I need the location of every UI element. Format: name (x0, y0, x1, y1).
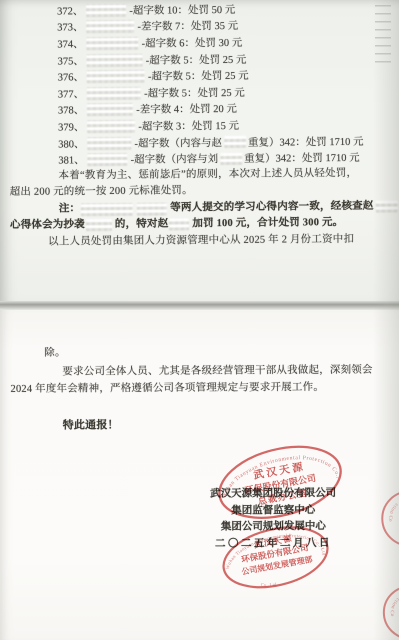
paragraph-principle-line2: 超出 200 元的统一按 200 元标准处罚。 (10, 183, 193, 201)
company-seal-bottom: Wuhan Tianyuan Environmental Protection … (216, 524, 336, 591)
list-item-text: -超字数 5：处罚 25 元 (148, 68, 249, 84)
list-item-text: -超字数 5：处罚 25 元 (146, 51, 247, 67)
edge-page-marks (375, 5, 391, 63)
penalty-list: 372、-超字数 10：处罚 50 元373、-差字数 7：处罚 35 元374… (57, 0, 364, 168)
list-item-number: 380、 (58, 136, 84, 151)
list-item-number: 378、 (58, 103, 84, 118)
redacted-name (87, 120, 135, 133)
redacted-name (87, 136, 131, 149)
list-item-text: -超字数（内容与赵 (134, 135, 222, 151)
list-item-number: 375、 (57, 53, 83, 68)
notice-page-2: 除。 要求公司全体人员、尤其是各级经营管理干部从我做起，深刻领会 2024 年度… (0, 310, 399, 640)
list-item-number: 376、 (58, 69, 84, 84)
company-seal-top: Wuhan Tianyuan Environmental Protection … (207, 441, 353, 524)
redacted-name (87, 37, 139, 50)
list-item-text: 重复）342：处罚 1710 元 (244, 150, 360, 166)
note-label: 注： (59, 201, 81, 217)
redacted-name (87, 53, 143, 66)
notice-page-1: 372、-超字数 10：处罚 50 元373、-差字数 7：处罚 35 元374… (0, 0, 399, 301)
redacted-name (87, 103, 133, 116)
redacted-name (220, 153, 242, 165)
note-text: 加罚 100 元，合计处罚 300 元。 (192, 215, 343, 232)
list-item-text: -超字数 5：处罚 25 元 (144, 85, 245, 101)
note-text: 等两人提交的学习心得内容一致，经核查赵 (170, 199, 373, 217)
paragraph-deduction: 以上人员处罚由集团人力资源管理中心从 2025 年 2 月份工资中扣 (48, 232, 354, 251)
list-item-text: 重复）342：处罚 1710 元 (248, 133, 364, 149)
redacted-name (224, 136, 246, 148)
note-line-2: 心得体会为抄袭的，特对赵加罚 100 元，合计处罚 300 元。 (10, 215, 344, 234)
list-item-text: -差字数 4：处罚 20 元 (136, 101, 237, 117)
seal-rim-bottom-text: Co., Ltd. (260, 583, 277, 589)
redacted-name (81, 202, 133, 215)
closing-statement: 特此通报！ (63, 417, 119, 433)
list-item-number: 372、 (57, 3, 83, 18)
page2-content: 除。 要求公司全体人员、尤其是各级经营管理干部从我做起，深刻领会 2024 年度… (0, 308, 399, 640)
list-item-text: -超字数 10：处罚 50 元 (129, 2, 235, 18)
paragraph-requirement-line1: 要求公司全体人员、尤其是各级经营管理干部从我做起，深刻领会 (62, 363, 372, 381)
redacted-name (87, 70, 145, 84)
note-text: 心得体会为抄袭 (10, 217, 85, 234)
redacted-name (86, 4, 126, 17)
paragraph-principle-line1: 本着“教育为主、惩前毖后”的原则，本次对上述人员从轻处罚， (58, 166, 357, 185)
edge-seal-partial-upper: ction Co (370, 490, 399, 552)
seal-rim-text: ction Co (387, 502, 398, 523)
list-item-text: -超字数 3：处罚 15 元 (138, 118, 239, 134)
redacted-name (169, 218, 189, 230)
list-item-number: 379、 (58, 119, 84, 134)
redacted-name (86, 219, 112, 231)
paragraph-requirement-line2: 2024 年度年会精神，严格遵循公司各项管理规定与要求开展工作。 (10, 380, 324, 398)
list-item-number: 377、 (58, 86, 84, 101)
list-item-text: -超字数 6：处罚 30 元 (142, 35, 243, 51)
list-item-number: 373、 (57, 20, 83, 35)
list-item-number: 381、 (58, 152, 84, 167)
redacted-name (137, 202, 167, 215)
list-item-text: -超字数（内容与刘 (131, 151, 219, 167)
list-item-number: 374、 (57, 36, 83, 51)
note-text: 的，特对赵 (115, 217, 169, 233)
redacted-name (87, 87, 141, 100)
note-line-1: 注：等两人提交的学习心得内容一致，经核查赵 (59, 199, 399, 218)
page1-content: 372、-超字数 10：处罚 50 元373、-差字数 7：处罚 35 元374… (0, 0, 399, 301)
edge-seal-partial-lower: ction Co (373, 584, 399, 640)
continuation-text: 除。 (44, 346, 66, 362)
list-item-text: -差字数 7：处罚 35 元 (137, 18, 238, 34)
redacted-name (375, 201, 397, 213)
document-photo: 372、-超字数 10：处罚 50 元373、-差字数 7：处罚 35 元374… (0, 0, 399, 640)
redacted-name (88, 153, 128, 166)
seal-rim-text: ction Co (389, 596, 399, 617)
redacted-name (86, 20, 134, 33)
